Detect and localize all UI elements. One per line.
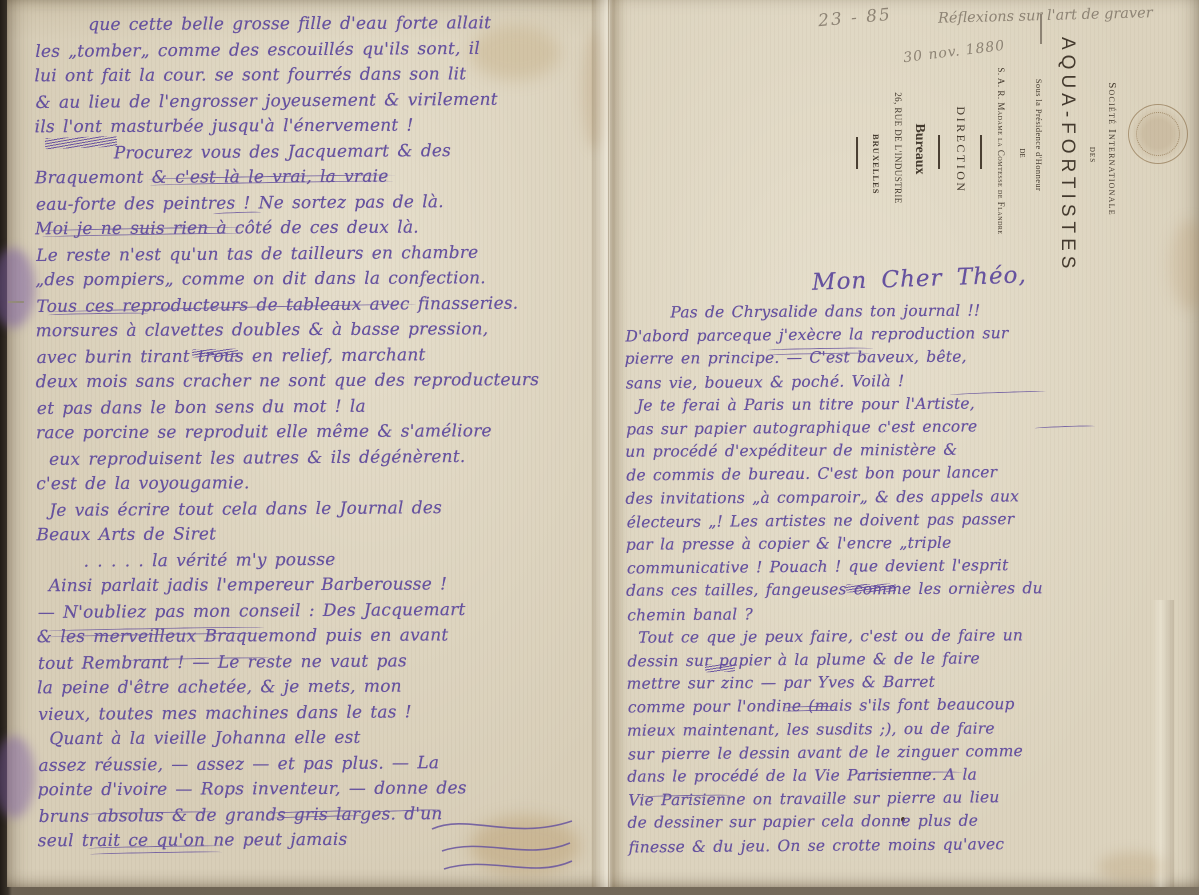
seal-icon [1128, 104, 1188, 164]
letterhead-de: DE [1018, 145, 1026, 161]
manuscript-line: que cette belle grosse fille d'eau forte… [34, 11, 594, 39]
manuscript-line: chemin banal ? [627, 599, 1193, 627]
manuscript-line: . . . . . la vérité m'y pousse [37, 546, 597, 575]
ink-stain [0, 248, 35, 328]
ink-stain [0, 736, 35, 818]
manuscript-line: race porcine se reproduit elle même & s'… [36, 419, 596, 447]
fold-crease-line [608, 0, 609, 887]
manuscript-line: sans vie, boueux & poché. Voilà ! [626, 367, 1192, 395]
manuscript-line: eux reproduisent les autres & ils dégénè… [37, 444, 597, 473]
manuscript-line: assez réussie, — assez — et pas plus. — … [38, 750, 598, 779]
letterhead-rule [856, 137, 858, 169]
letterhead-rule [938, 135, 940, 169]
letterhead-rule [980, 135, 982, 169]
pencil-margin-dash [8, 301, 24, 303]
manuscript-line: Ainsi parlait jadis l'empereur Barberous… [37, 572, 597, 600]
manuscript-line: „des pompiers„ comme on dit dans la conf… [35, 266, 595, 294]
manuscript-line: tout Rembrant ! — Le reste ne vaut pas [38, 648, 598, 677]
manuscript-line: finesse & du jeu. On se crotte moins qu'… [629, 831, 1195, 859]
manuscript-line: Le reste n'est qu'un tas de tailleurs en… [36, 240, 596, 269]
manuscript-line: et pas dans le bon sens du mot ! la [37, 393, 597, 422]
pencil-mark [1040, 14, 1042, 44]
ink-scribble [192, 349, 238, 358]
manuscript-line: — N'oubliez pas mon conseil : Des Jacque… [38, 597, 598, 626]
manuscript-line: ils l'ont masturbée jusqu'à l'énervement… [35, 113, 595, 141]
manuscript-line: Quant à la vieille Johanna elle est [37, 725, 597, 753]
letterhead-direction: DIRECTION [953, 106, 968, 194]
manuscript-line: lui ont fait la cour. se sont fourrés da… [34, 62, 594, 90]
ink-scribble [705, 664, 735, 673]
manuscript-line: & au lieu de l'engrosser joyeusement & v… [35, 87, 595, 116]
letterhead-patronage: Sous la Présidence d'Honneur [1034, 60, 1044, 210]
manuscript-line: c'est de la voyougamie. [36, 470, 596, 498]
manuscript-line: Je vais écrire tout cela dans le Journal… [37, 495, 597, 524]
manuscript-line: eau-forte des peintres ! Ne sortez pas d… [36, 189, 596, 218]
letterhead-bureaux: Bureaux [911, 119, 927, 179]
letterhead-address: 26, RUE DE L'INDUSTRIE [893, 82, 903, 214]
manuscript-line: pointe d'ivoire — Rops inventeur, — donn… [38, 776, 598, 804]
letterhead-society-name: Société Internationale [1106, 76, 1118, 222]
manuscript-line: sur pierre le dessin avant de le zinguer… [628, 738, 1194, 766]
manuscript-line: Procurez vous des Jacquemart & des [36, 138, 596, 167]
manuscript-line: morsures à clavettes doubles & à basse p… [36, 317, 596, 345]
letterhead-title: AQUA-FORTISTES [1056, 37, 1078, 263]
manuscript-line: avec burin tirant trous en relief, march… [37, 342, 597, 371]
ink-scribble [846, 584, 896, 593]
manuscript-line: la peine d'être achetée, & je mets, mon [37, 674, 597, 702]
manuscript-line: pas sur papier autographique c'est encor… [626, 414, 1192, 442]
letterhead-des: DES [1088, 146, 1096, 164]
left-page-text: que cette belle grosse fille d'eau forte… [34, 11, 598, 855]
manuscript-line: deux mois sans cracher ne sont que des r… [36, 368, 596, 396]
manuscript-line: électeurs „! Les artistes ne doivent pas… [627, 506, 1193, 534]
manuscript-line: les „tomber„ comme des escouillés qu'ils… [35, 36, 595, 65]
paper-stain [1170, 220, 1199, 310]
letterhead-patron: S. A. R. Madame la Comtesse de Flandre [996, 64, 1006, 238]
letterhead-city: BRUXELLES [871, 134, 881, 192]
manuscript-line: vieux, toutes mes machines dans le tas ! [38, 699, 598, 728]
manuscript-line: Beaux Arts de Siret [36, 521, 596, 549]
ink-flourish [428, 815, 578, 887]
